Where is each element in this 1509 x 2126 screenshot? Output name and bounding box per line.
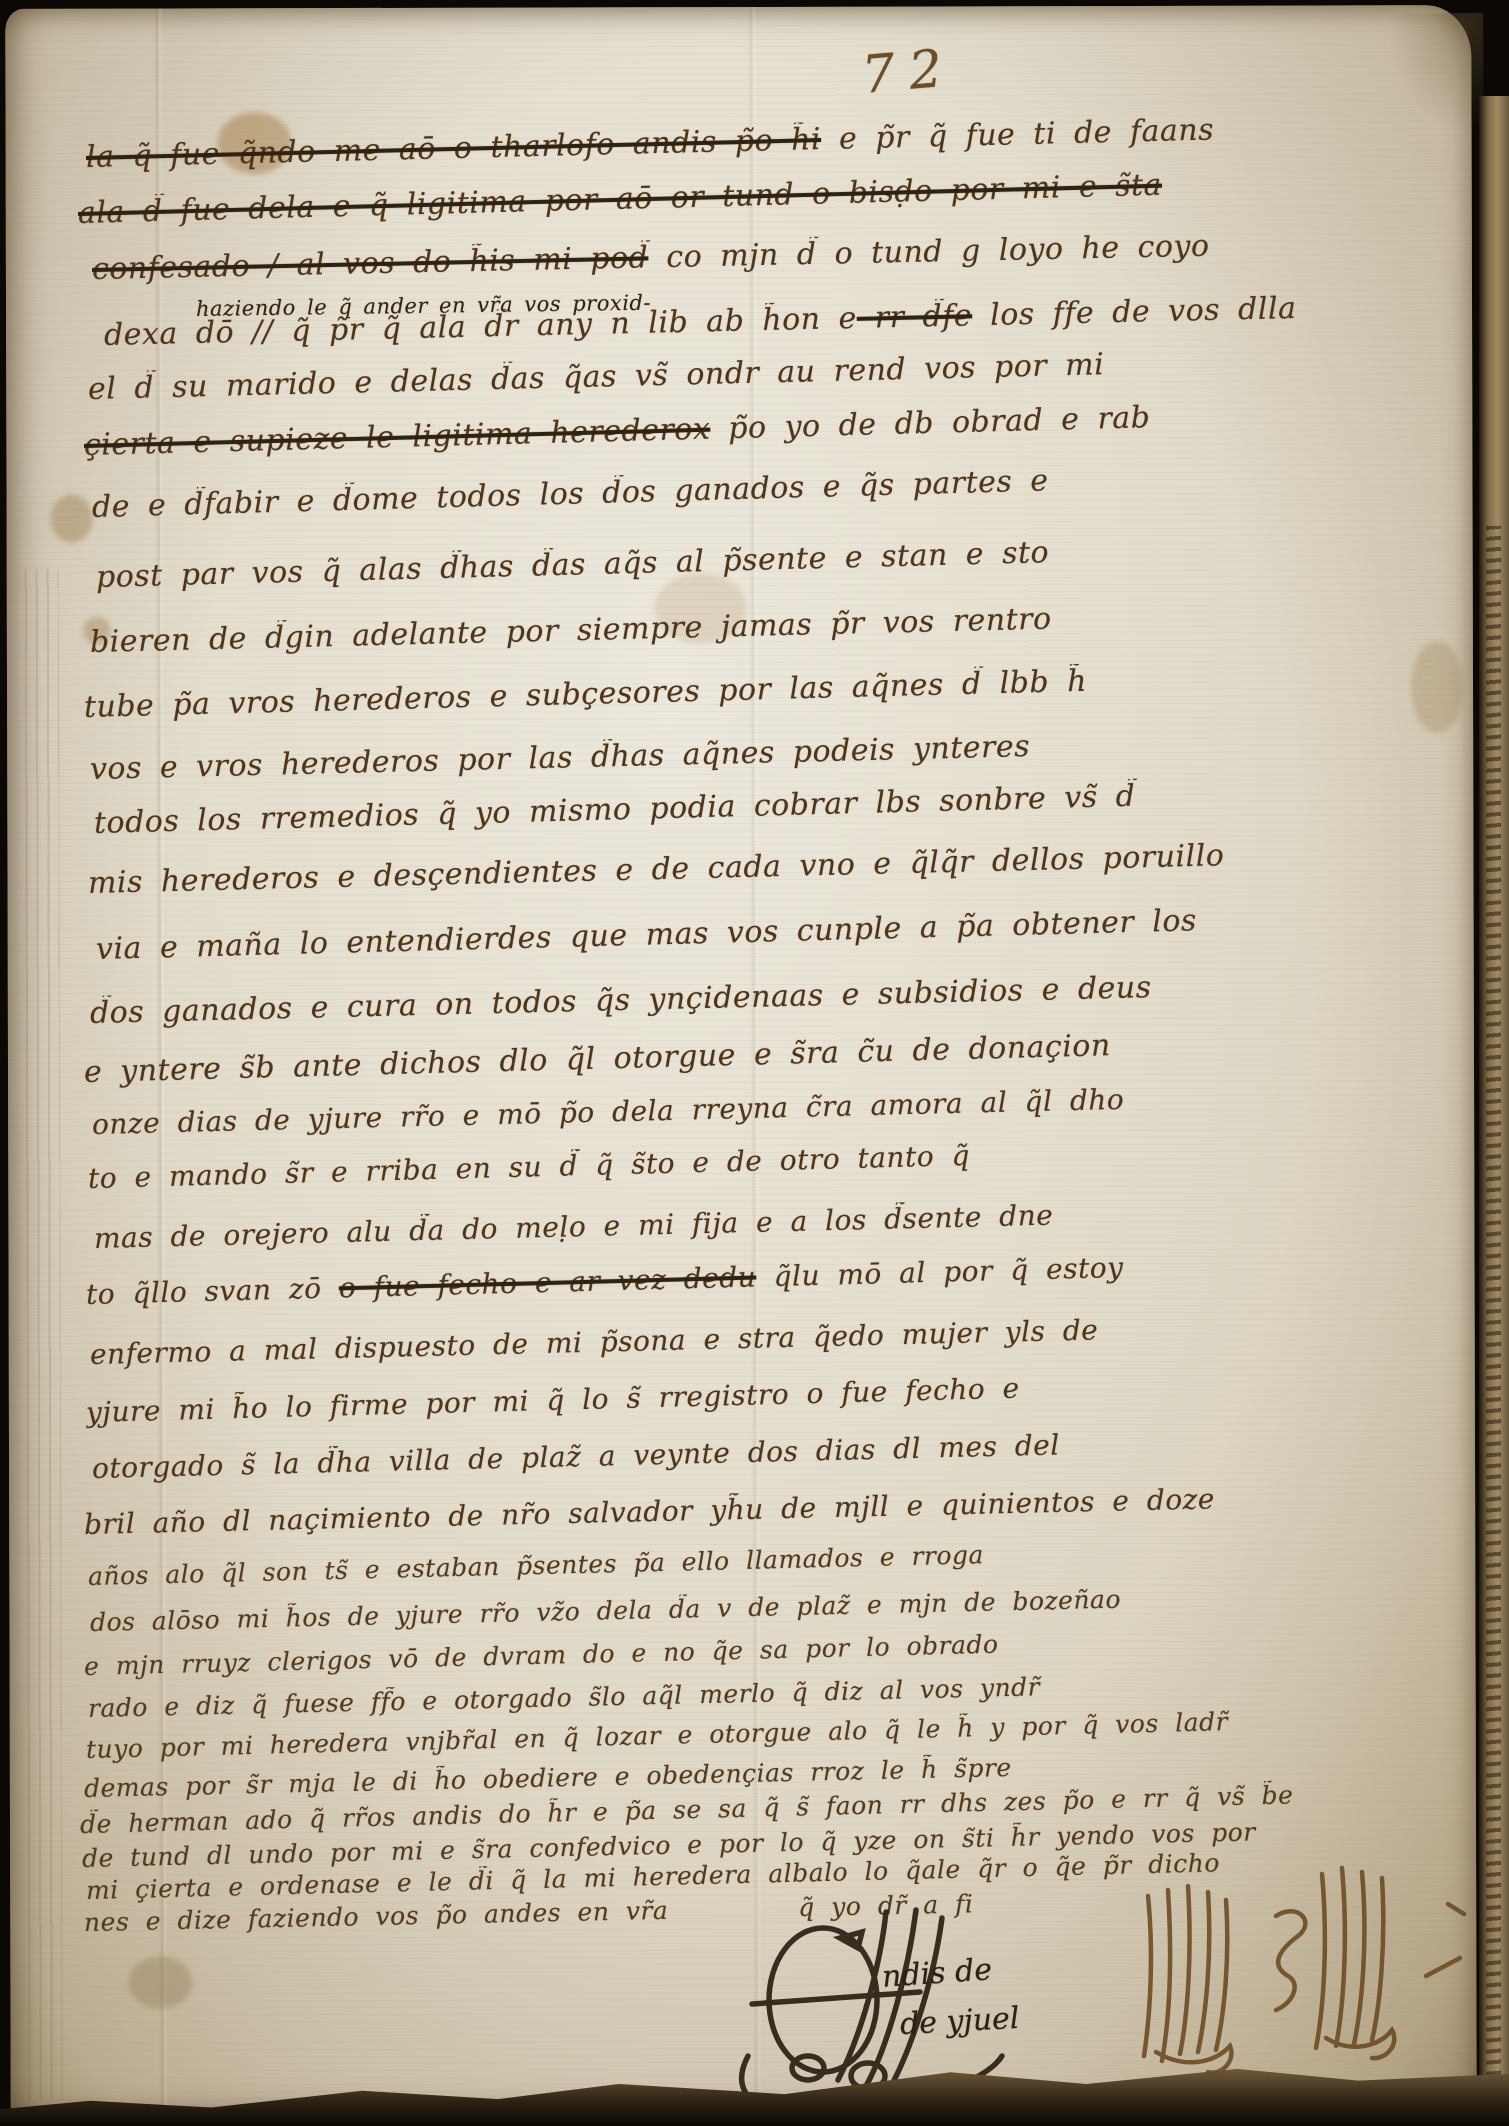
text-segment: los ffe de vos dlla <box>972 291 1297 333</box>
binding-edge-streaks <box>25 569 63 2101</box>
signature-text-line2: de yjuel <box>899 2001 1020 2042</box>
rubric-flourish <box>1126 1856 1486 2091</box>
paper-stain <box>128 1956 192 2008</box>
paper-stain <box>51 495 93 543</box>
text-segment: rr d̃fe <box>856 298 972 336</box>
folio-number: 72 <box>860 38 959 106</box>
next-folio-edge <box>1479 96 1509 2126</box>
text-segment: to q̃llo svan zō <box>86 1271 340 1311</box>
